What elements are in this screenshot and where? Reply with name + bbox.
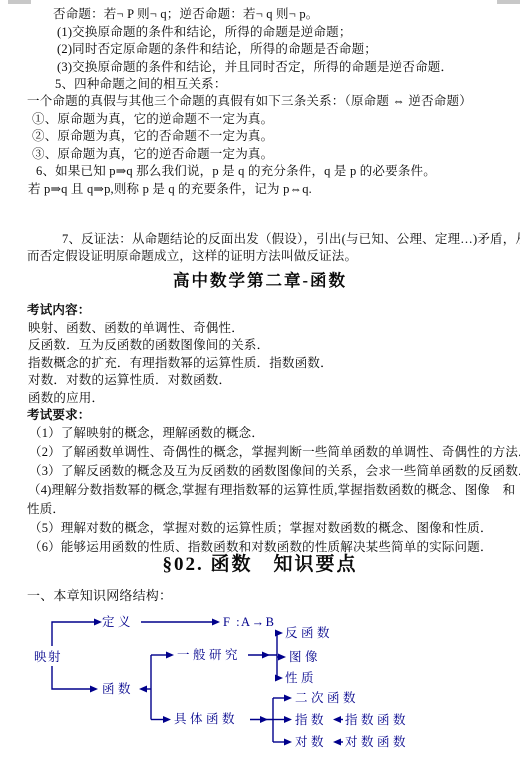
text-line: 否命题：若¬ P 则¬ q；逆否命题：若¬ q 则¬ p。 [53, 7, 319, 22]
node-inverse-function: 反函数 [285, 626, 333, 640]
text-line: (3)交换原命题的条件和结论，并且同时否定，所得的命题是逆否命题． [57, 60, 453, 75]
text-line: (2)同时否定原命题的条件和结论，所得的命题是否命题； [57, 42, 377, 57]
exam-content-label: 考试内容： [27, 303, 91, 318]
section-heading: §02. 函数 知识要点 [0, 549, 520, 576]
text-line: (1)交换原命题的条件和结论，所得的命题是逆命题； [57, 25, 352, 40]
node-general-study: 一般研究 [177, 648, 241, 662]
text-line: 对数．对数的运算性质．对数函数． [28, 373, 231, 388]
node-definition: 定义 [102, 615, 134, 629]
chapter-heading: 高中数学第二章-函数 [0, 267, 520, 291]
text-line: 一个命题的真假与其他三个命题的真假有如下三条关系：（原命题 ⇔ 逆否命题） [27, 94, 472, 109]
node-exponential-function: 指数函数 [345, 713, 409, 727]
text-line: 反函数．互为反函数的函数图像间的关系． [28, 338, 269, 353]
exam-requirements-label: 考试要求： [27, 408, 91, 423]
node-function: 函数 [102, 682, 134, 696]
text-line: （1）了解映射的概念，理解函数的概念． [29, 426, 264, 441]
node-f-a-b: F :A→B [223, 615, 275, 629]
text-line: 而否定假设证明原命题成立，这样的证明方法叫做反证法。 [27, 249, 357, 264]
text-line: （4)理解分数指数幂的概念,掌握有理指数幂的运算性质,掌握指数函数的概念、图像 … [28, 483, 515, 498]
node-exponent: 指数 [295, 713, 327, 727]
text-line: 7、反证法：从命题结论的反面出发（假设），引出(与已知、公理、定理…)矛盾，从 [62, 232, 520, 247]
node-mapping: 映射 [34, 650, 62, 664]
node-logarithmic-function: 对数函数 [345, 735, 409, 749]
node-graph: 图像 [289, 650, 321, 664]
text-line: 指数概念的扩充．有理指数幂的运算性质．指数函数． [28, 356, 333, 371]
text-line: （2）了解函数单调性、奇偶性的概念，掌握判断一些简单函数的单调性、奇偶性的方法． [29, 445, 520, 460]
text-line: （5）理解对数的概念，掌握对数的运算性质；掌握对数函数的概念、图像和性质． [29, 521, 493, 536]
network-structure-label: 一、本章知识网络结构： [27, 588, 172, 603]
text-line: 若 p⇒q 且 q⇒p,则称 p 是 q 的充要条件，记为 p⇔q. [28, 182, 312, 197]
text-line: 映射、函数、函数的单调性、奇偶性． [28, 321, 244, 336]
text-line: ①、原命题为真，它的逆命题不一定为真。 [32, 112, 273, 127]
page-edge-artifact [8, 0, 31, 4]
node-logarithm: 对数 [295, 735, 327, 749]
text-line: 性质． [27, 502, 65, 517]
text-line: 6、如果已知 p⇒q 那么我们说，p 是 q 的充分条件，q 是 p 的必要条件… [36, 164, 436, 179]
text-line: ③、原命题为真，它的逆否命题一定为真。 [32, 147, 273, 162]
text-line: 函数的应用． [28, 391, 104, 406]
node-concrete-functions: 具体函数 [174, 712, 238, 726]
page-edge-artifact [497, 0, 520, 4]
text-line: ②、原命题为真，它的否命题不一定为真。 [32, 129, 273, 144]
text-line: 5、四种命题之间的相互关系： [55, 77, 227, 92]
text-line: （3）了解反函数的概念及互为反函数的函数图像间的关系，会求一些简单函数的反函数． [29, 464, 520, 479]
node-quadratic-function: 二次函数 [295, 691, 359, 705]
document-page: 否命题：若¬ P 则¬ q；逆否命题：若¬ q 则¬ p。 (1)交换原命题的条… [0, 0, 520, 766]
node-properties: 性质 [285, 671, 317, 685]
